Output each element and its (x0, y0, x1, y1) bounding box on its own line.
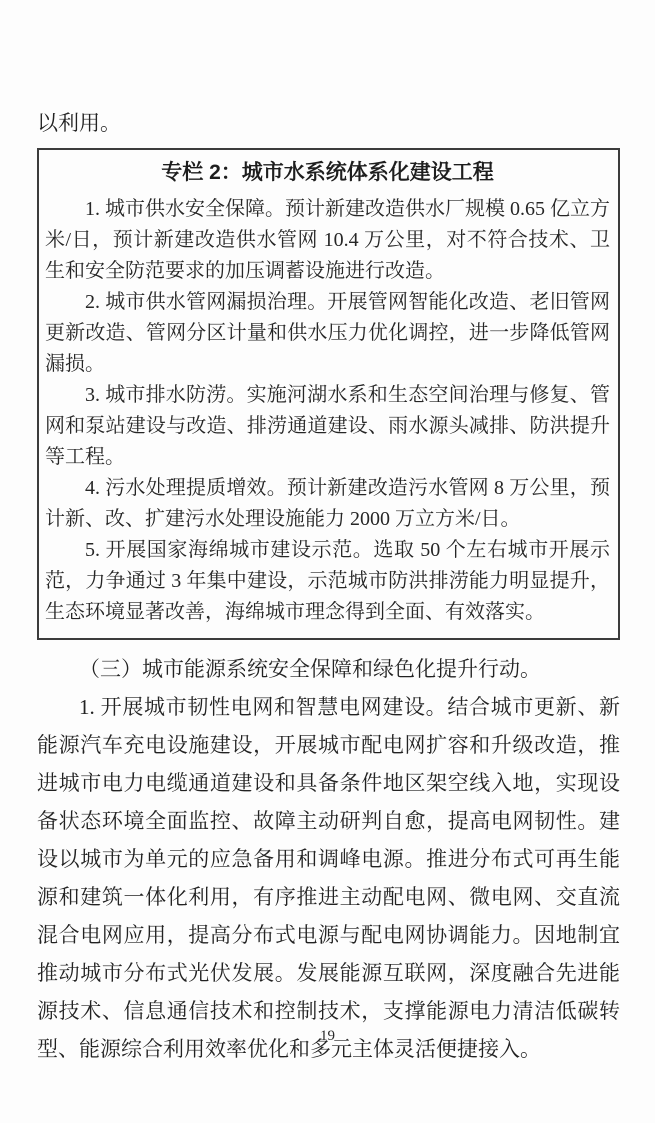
box-item-sponge-city-demo: 5. 开展国家海绵城市建设示范。选取 50 个左右城市开展示范，力争通过 3 年… (45, 535, 610, 628)
box-item-sewage-treatment: 4. 污水处理提质增效。预计新建改造污水管网 8 万公里，预计新、改、扩建污水处… (45, 473, 610, 535)
callout-box-title: 专栏 2：城市水系统体系化建设工程 (45, 158, 610, 188)
box-item-water-supply-safety: 1. 城市供水安全保障。预计新建改造供水厂规模 0.65 亿立方米/日，预计新建… (45, 194, 610, 287)
callout-box: 专栏 2：城市水系统体系化建设工程 1. 城市供水安全保障。预计新建改造供水厂规… (37, 148, 620, 640)
box-item-pipe-leakage-control: 2. 城市供水管网漏损治理。开展管网智能化改造、老旧管网更新改造、管网分区计量和… (45, 287, 610, 380)
page-number: 19 (0, 1028, 655, 1045)
box-item-drainage-flood-control: 3. 城市排水防涝。实施河湖水系和生态空间治理与修复、管网和泵站建设与改造、排涝… (45, 380, 610, 473)
body-paragraph: 1. 开展城市韧性电网和智慧电网建设。结合城市更新、新能源汽车充电设施建设，开展… (37, 688, 620, 1068)
section-heading: （三）城市能源系统安全保障和绿色化提升行动。 (37, 650, 620, 688)
document-page: 以利用。 专栏 2：城市水系统体系化建设工程 1. 城市供水安全保障。预计新建改… (0, 0, 655, 1123)
previous-paragraph-fragment: 以利用。 (37, 108, 620, 138)
